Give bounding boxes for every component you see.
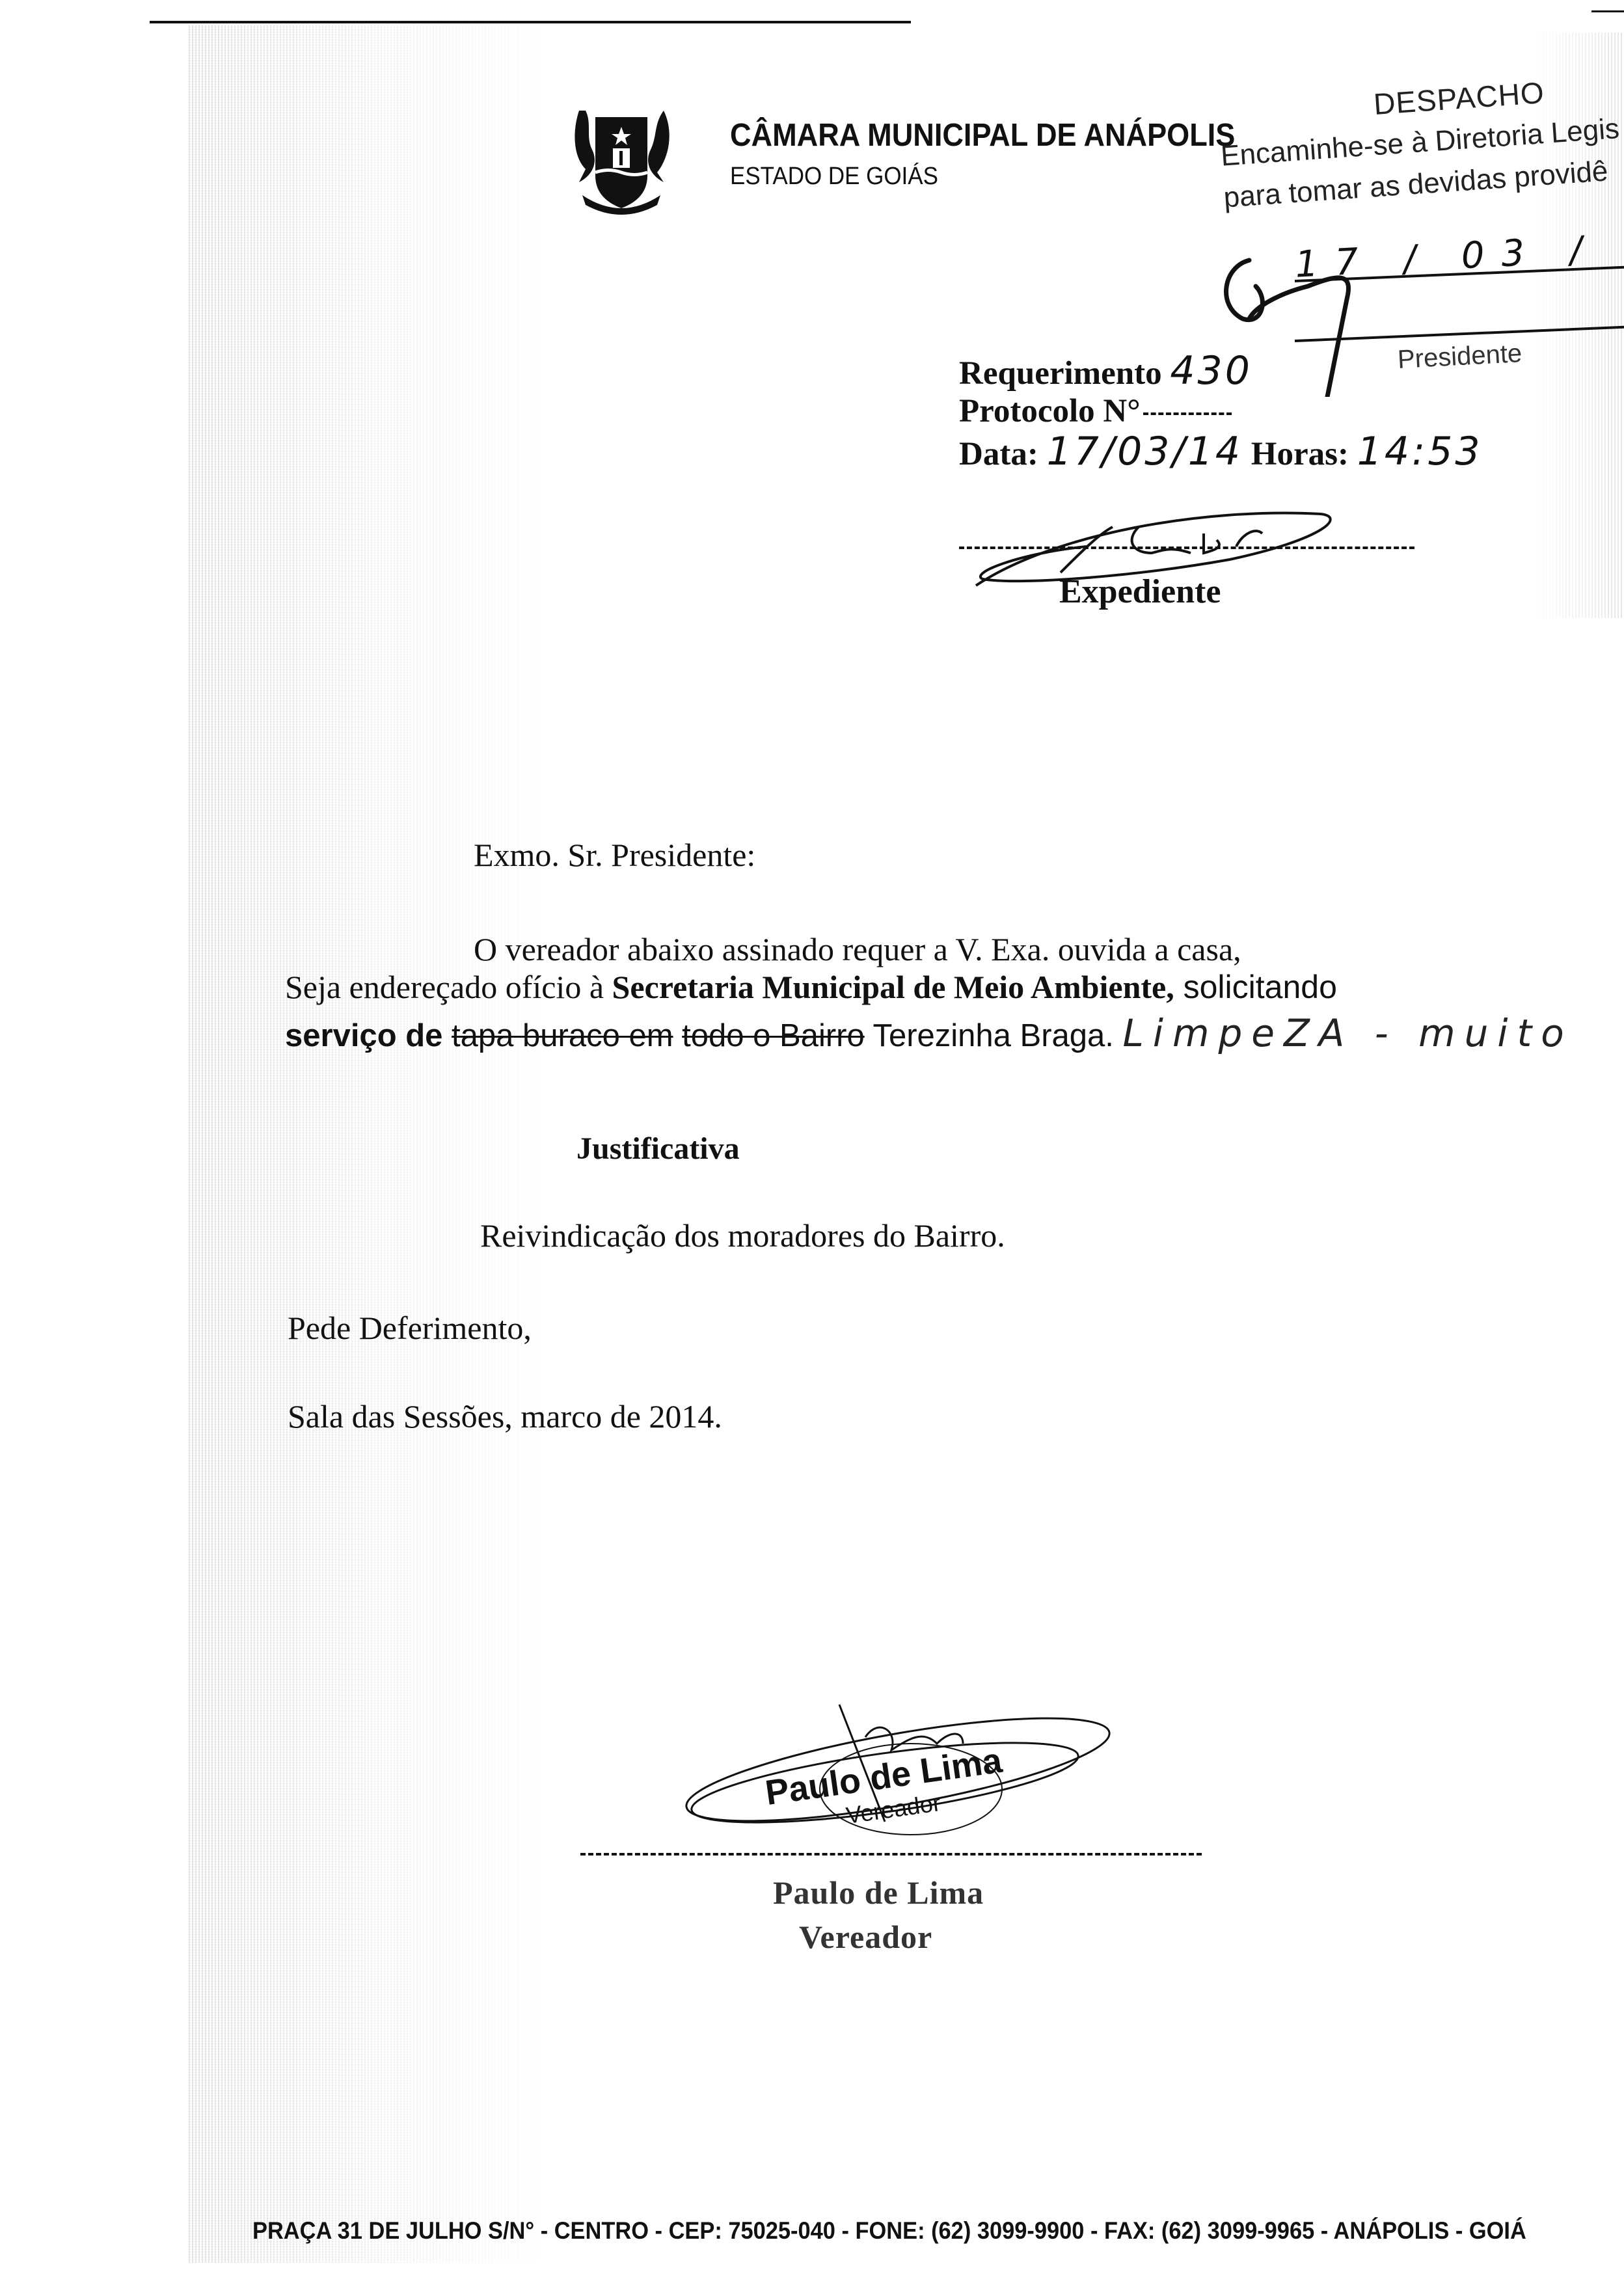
requerimento-row: Requerimento 430: [959, 351, 1483, 392]
requerimento-label: Requerimento: [959, 355, 1162, 392]
horas-value: 14:53: [1357, 429, 1483, 474]
place-date: Sala das Sessões, marco de 2014.: [288, 1397, 722, 1435]
request-recipient: Secretaria Municipal de Meio Ambiente,: [612, 969, 1174, 1005]
service-mid: [673, 1018, 683, 1053]
organization-state: ESTADO DE GOIÁS: [730, 163, 938, 191]
expediente-line: [959, 547, 1414, 549]
service-line: serviço de tapa buraco em todo o Bairro …: [285, 1011, 1573, 1055]
request-line: Seja endereçado ofício à Secretaria Muni…: [285, 968, 1337, 1006]
expediente-label: Expediente: [1059, 573, 1221, 611]
protocolo-label: Protocolo N°: [959, 393, 1141, 429]
handwritten-addition: LimpeZA - muito: [1123, 1011, 1573, 1055]
salutation: Exmo. Sr. Presidente:: [474, 836, 755, 874]
data-label: Data:: [959, 436, 1038, 472]
protocolo-blank: [1143, 412, 1232, 415]
scan-noise-left: [189, 25, 553, 2263]
despacho-title: DESPACHO: [1372, 75, 1545, 122]
data-value: 17/03/14: [1047, 429, 1243, 474]
service-struck-text-1: tapa buraco em: [452, 1018, 673, 1053]
protocol-block: Requerimento 430 Protocolo N° Data: 17/0…: [959, 351, 1483, 472]
justification-title: Justificativa: [576, 1131, 740, 1167]
request-prefix: Seja endereçado ofício à: [285, 969, 612, 1005]
service-struck-text-2: todo o Bairro: [682, 1018, 865, 1053]
signature-line: [580, 1853, 1202, 1856]
coat-of-arms-icon: [566, 91, 677, 221]
intro-paragraph: O vereador abaixo assinado requer a V. E…: [474, 930, 1241, 968]
signer-role: Vereador: [799, 1918, 932, 1956]
service-prefix: serviço de: [285, 1018, 452, 1053]
requerimento-number: 430: [1170, 348, 1252, 394]
organization-name: CÂMARA MUNICIPAL DE ANÁPOLIS: [730, 117, 1235, 154]
justification-text: Reivindicação dos moradores do Bairro.: [480, 1217, 1005, 1254]
scan-edge-line: [150, 21, 911, 23]
request-suffix: solicitando: [1174, 969, 1337, 1005]
scan-edge-mark: [1591, 10, 1624, 12]
closing: Pede Deferimento,: [288, 1309, 532, 1347]
horas-label: Horas:: [1251, 436, 1349, 472]
data-row: Data: 17/03/14 Horas: 14:53: [959, 432, 1483, 472]
footer-address: PRAÇA 31 DE JULHO S/N° - CENTRO - CEP: 7…: [252, 2217, 1526, 2245]
service-suffix: Terezinha Braga.: [865, 1018, 1114, 1053]
signer-name: Paulo de Lima: [773, 1874, 984, 1911]
protocolo-row: Protocolo N°: [959, 392, 1483, 432]
